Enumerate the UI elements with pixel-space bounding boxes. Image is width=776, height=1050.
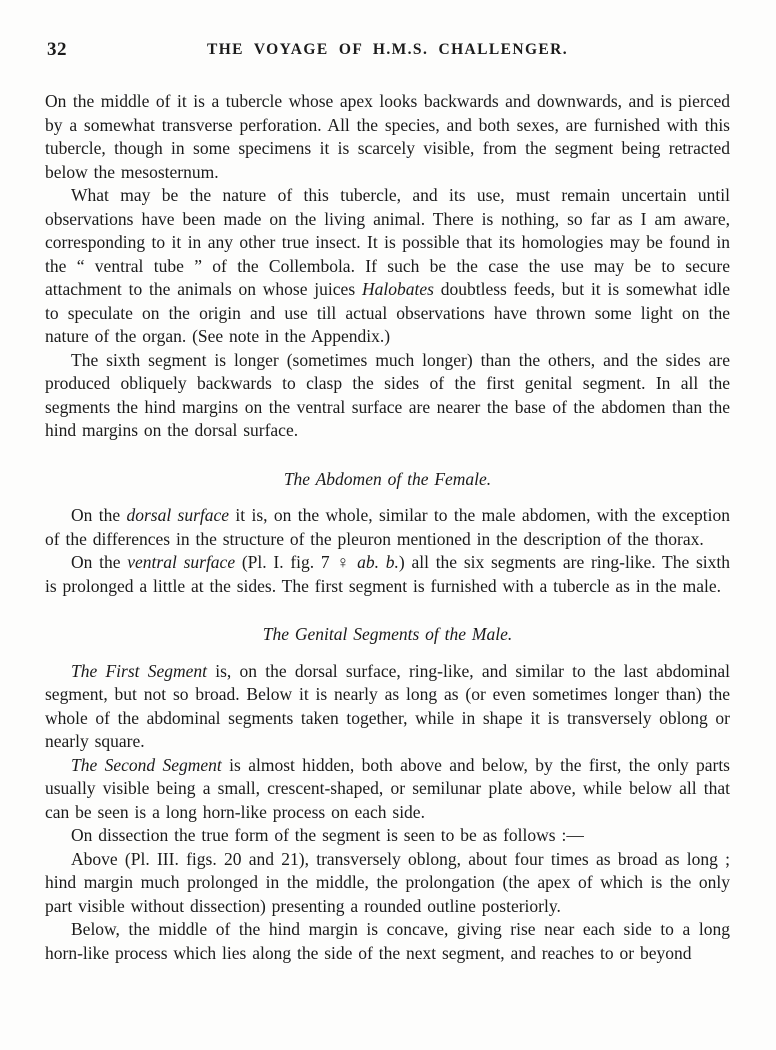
italic-text-run: The Second Segment (71, 755, 222, 775)
paragraph: The First Segment is, on the dorsal surf… (45, 660, 730, 754)
italic-text-run: The Genital Segments of the Male. (263, 624, 513, 644)
text-run: (Pl. I. fig. 7 ♀ (235, 552, 357, 572)
italic-text-run: dorsal surface (126, 505, 229, 525)
text-run: On dissection the true form of the segme… (71, 825, 584, 845)
paragraph: Above (Pl. III. figs. 20 and 21), transv… (45, 848, 730, 919)
section-heading: The Genital Segments of the Male. (45, 623, 730, 647)
page-number: 32 (47, 39, 67, 61)
italic-text-run: ab. b. (357, 552, 399, 572)
text-run: On the middle of it is a tubercle whose … (45, 91, 730, 182)
text-run: Below, the middle of the hind margin is … (45, 919, 730, 963)
paragraph: On dissection the true form of the segme… (45, 824, 730, 848)
book-page: 32 THE VOYAGE OF H.M.S. CHALLENGER. On t… (0, 0, 776, 1050)
running-header: THE VOYAGE OF H.M.S. CHALLENGER. (45, 38, 730, 59)
italic-text-run: The First Segment (71, 661, 207, 681)
page-header: 32 THE VOYAGE OF H.M.S. CHALLENGER. (45, 38, 730, 62)
text-run: On the (71, 552, 127, 572)
paragraph: On the dorsal surface it is, on the whol… (45, 504, 730, 551)
italic-text-run: ventral surface (127, 552, 235, 572)
text-run: Above (Pl. III. figs. 20 and 21), transv… (45, 849, 730, 916)
paragraph: The Second Segment is almost hidden, bot… (45, 754, 730, 825)
paragraph: Below, the middle of the hind margin is … (45, 918, 730, 965)
text-run: On the (71, 505, 126, 525)
section-heading: The Abdomen of the Female. (45, 468, 730, 492)
page-body: On the middle of it is a tubercle whose … (45, 90, 730, 965)
paragraph: On the ventral surface (Pl. I. fig. 7 ♀ … (45, 551, 730, 598)
text-run: The sixth segment is longer (sometimes m… (45, 350, 730, 441)
italic-text-run: Halobates (362, 279, 434, 299)
paragraph: On the middle of it is a tubercle whose … (45, 90, 730, 184)
italic-text-run: The Abdomen of the Female. (284, 469, 491, 489)
paragraph: The sixth segment is longer (sometimes m… (45, 349, 730, 443)
paragraph: What may be the nature of this tubercle,… (45, 184, 730, 349)
